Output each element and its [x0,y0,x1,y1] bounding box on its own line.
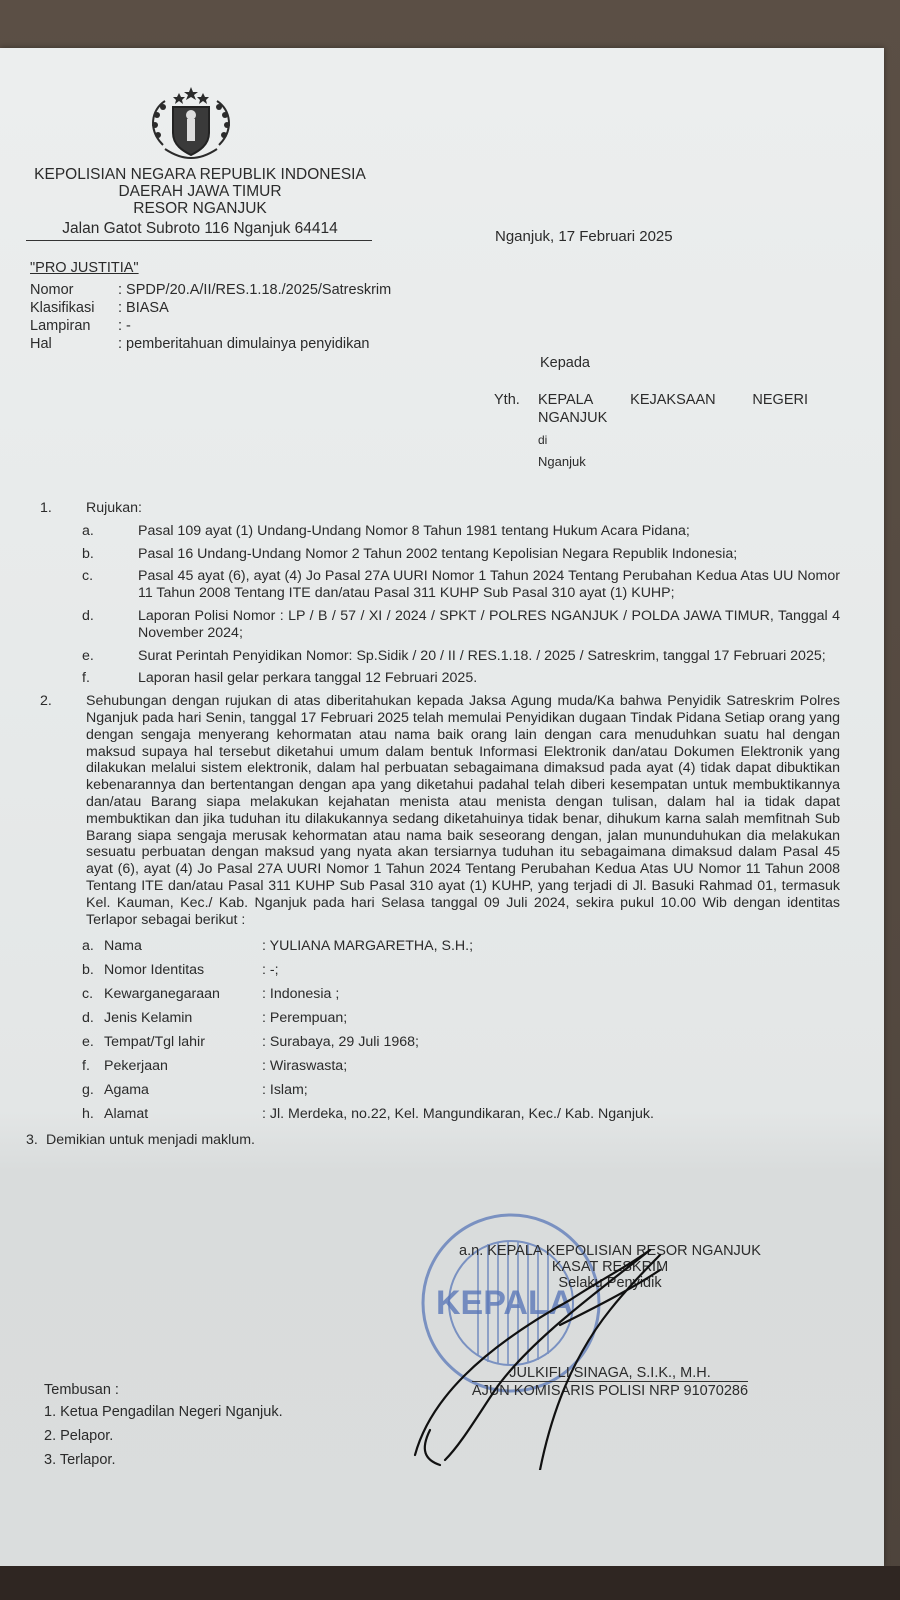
handwritten-signature-icon [400,1230,710,1470]
tembusan-item: 1. Ketua Pengadilan Negeri Nganjuk. [44,1400,283,1424]
recipient-word: KEJAKSAAN [630,391,715,409]
tembusan-title: Tembusan : [44,1378,283,1402]
item-letter: e. [82,1034,104,1051]
section-pemberitahuan: 2. Sehubungan dengan rujukan di atas dib… [40,693,840,928]
section-penutup: 3. Demikian untuk menjadi maklum. [40,1132,840,1149]
recipient-place: Nganjuk [538,453,808,471]
meta-row-lampiran: Lampiran: - [30,317,391,335]
item-letter: g. [82,1082,104,1099]
identity-row: d.Jenis Kelamin: Perempuan; [82,1006,840,1030]
identity-label: Agama [104,1082,262,1099]
section-paragraph: Demikian untuk menjadi maklum. [46,1132,255,1149]
item-text: Laporan hasil gelar perkara tanggal 12 F… [138,670,840,687]
item-letter: d. [82,1010,104,1027]
table-surface [0,1566,900,1600]
tembusan-item: 2. Pelapor. [44,1424,283,1448]
identity-value: : YULIANA MARGARETHA, S.H.; [262,938,473,955]
identity-row: b.Nomor Identitas: -; [82,958,840,982]
letter-body: 1. Rujukan: a.Pasal 109 ayat (1) Undang-… [40,500,840,1149]
letterhead-divider [26,240,372,241]
meta-value: : BIASA [118,299,169,317]
recipient-block: Yth. KEPALA KEJAKSAAN NEGERI NGANJUK di … [494,391,808,471]
identity-row: f.Pekerjaan: Wiraswasta; [82,1054,840,1078]
meta-value: : SPDP/20.A/II/RES.1.18./2025/Satreskrim [118,281,391,299]
yth-label: Yth. [494,391,538,409]
identity-row: c.Kewarganegaraan: Indonesia ; [82,982,840,1006]
item-letter: e. [82,648,138,665]
identity-value: : Wiraswasta; [262,1058,347,1075]
identity-list: a.Nama: YULIANA MARGARETHA, S.H.; b.Nomo… [82,934,840,1126]
identity-label: Tempat/Tgl lahir [104,1034,262,1051]
item-letter: h. [82,1106,104,1123]
item-letter: c. [82,986,104,1003]
section-number: 2. [40,693,86,928]
item-text: Laporan Polisi Nomor : LP / B / 57 / XI … [138,608,840,642]
meta-label: Lampiran [30,317,118,335]
meta-row-klasifikasi: Klasifikasi: BIASA [30,299,391,317]
meta-label: Hal [30,335,118,353]
section-rujukan: 1. Rujukan: [40,500,840,517]
item-letter: f. [82,1058,104,1075]
identity-value: : Surabaya, 29 Juli 1968; [262,1034,419,1051]
section-title: Rujukan: [86,500,142,517]
item-text: Surat Perintah Penyidikan Nomor: Sp.Sidi… [138,648,840,665]
recipient-line2: NGANJUK [538,409,808,427]
identity-row: h.Alamat: Jl. Merdeka, no.22, Kel. Mangu… [82,1102,840,1126]
letterhead-address: Jalan Gatot Subroto 116 Nganjuk 64414 [20,220,380,237]
item-letter: a. [82,938,104,955]
identity-value: : Indonesia ; [262,986,339,1003]
identity-value: : Islam; [262,1082,308,1099]
list-item: f.Laporan hasil gelar perkara tanggal 12… [82,670,840,687]
identity-label: Nomor Identitas [104,962,262,979]
item-letter: d. [82,608,138,642]
item-letter: b. [82,546,138,563]
identity-value: : Perempuan; [262,1010,347,1027]
letter-meta: Nomor: SPDP/20.A/II/RES.1.18./2025/Satre… [30,281,391,353]
item-letter: a. [82,523,138,540]
tembusan-block: Tembusan : 1. Ketua Pengadilan Negeri Ng… [44,1378,283,1472]
letter-date: Nganjuk, 17 Februari 2025 [495,228,673,245]
identity-label: Alamat [104,1106,262,1123]
meta-label: Klasifikasi [30,299,118,317]
identity-label: Pekerjaan [104,1058,262,1075]
recipient-di: di [538,431,808,449]
identity-value: : -; [262,962,279,979]
section-paragraph: Sehubungan dengan rujukan di atas diberi… [86,693,840,928]
section-number: 1. [40,500,86,517]
identity-label: Jenis Kelamin [104,1010,262,1027]
meta-label: Nomor [30,281,118,299]
item-letter: f. [82,670,138,687]
meta-row-hal: Hal: pemberitahuan dimulainya penyidikan [30,335,391,353]
meta-row-nomor: Nomor: SPDP/20.A/II/RES.1.18./2025/Satre… [30,281,391,299]
identity-label: Nama [104,938,262,955]
list-item: c.Pasal 45 ayat (6), ayat (4) Jo Pasal 2… [82,568,840,602]
police-emblem-icon [143,85,239,165]
kepada-label: Kepada [540,355,590,371]
letterhead-line: KEPOLISIAN NEGARA REPUBLIK INDONESIA [20,166,380,183]
meta-value: : pemberitahuan dimulainya penyidikan [118,335,370,353]
identity-row: g.Agama: Islam; [82,1078,840,1102]
item-letter: b. [82,962,104,979]
item-text: Pasal 45 ayat (6), ayat (4) Jo Pasal 27A… [138,568,840,602]
identity-value: : Jl. Merdeka, no.22, Kel. Mangundikaran… [262,1106,654,1123]
list-item: e.Surat Perintah Penyidikan Nomor: Sp.Si… [82,648,840,665]
rujukan-list: a.Pasal 109 ayat (1) Undang-Undang Nomor… [82,523,840,687]
identity-label: Kewarganegaraan [104,986,262,1003]
tembusan-item: 3. Terlapor. [44,1448,283,1472]
letterhead: KEPOLISIAN NEGARA REPUBLIK INDONESIA DAE… [20,166,380,237]
recipient-word: KEPALA [538,391,593,409]
meta-value: : - [118,317,131,335]
item-letter: c. [82,568,138,602]
list-item: a.Pasal 109 ayat (1) Undang-Undang Nomor… [82,523,840,540]
identity-row: a.Nama: YULIANA MARGARETHA, S.H.; [82,934,840,958]
list-item: b.Pasal 16 Undang-Undang Nomor 2 Tahun 2… [82,546,840,563]
letterhead-line: DAERAH JAWA TIMUR [20,183,380,200]
identity-row: e.Tempat/Tgl lahir: Surabaya, 29 Juli 19… [82,1030,840,1054]
letterhead-line: RESOR NGANJUK [20,200,380,217]
list-item: d.Laporan Polisi Nomor : LP / B / 57 / X… [82,608,840,642]
pro-justitia-label: "PRO JUSTITIA" [30,260,139,276]
section-number: 3. [26,1132,46,1149]
recipient-word: NEGERI [752,391,808,409]
item-text: Pasal 109 ayat (1) Undang-Undang Nomor 8… [138,523,840,540]
item-text: Pasal 16 Undang-Undang Nomor 2 Tahun 200… [138,546,840,563]
